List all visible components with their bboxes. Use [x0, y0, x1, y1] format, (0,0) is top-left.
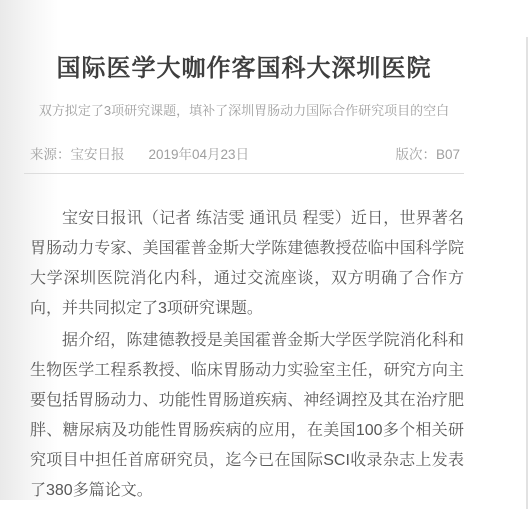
page-title: 国际医学大咖作客国科大深圳医院	[24, 52, 464, 86]
article-body: 宝安日报讯（记者 练洁雯 通讯员 程雯）近日，世界著名胃肠动力专家、美国霍普金斯…	[24, 204, 464, 506]
right-edge-border	[526, 37, 528, 509]
article-paragraph: 据介绍，陈建德教授是美国霍普金斯大学医学院消化科和生物医学工程系教授、临床胃肠动…	[30, 326, 464, 506]
article-content: 国际医学大咖作客国科大深圳医院 双方拟定了3项研究课题，填补了深圳胃肠动力国际合…	[24, 0, 464, 508]
source-label: 来源：宝安日报	[30, 147, 125, 162]
meta-source-date: 来源：宝安日报2019年04月23日	[30, 146, 249, 164]
article-paragraph: 宝安日报讯（记者 练洁雯 通讯员 程雯）近日，世界著名胃肠动力专家、美国霍普金斯…	[30, 204, 464, 324]
article-meta-row: 来源：宝安日报2019年04月23日 版次：B07	[24, 146, 464, 174]
publish-date: 2019年04月23日	[149, 147, 250, 162]
article-subtitle: 双方拟定了3项研究课题，填补了深圳胃肠动力国际合作研究项目的空白	[24, 102, 464, 120]
edition-label: 版次：B07	[395, 146, 460, 164]
